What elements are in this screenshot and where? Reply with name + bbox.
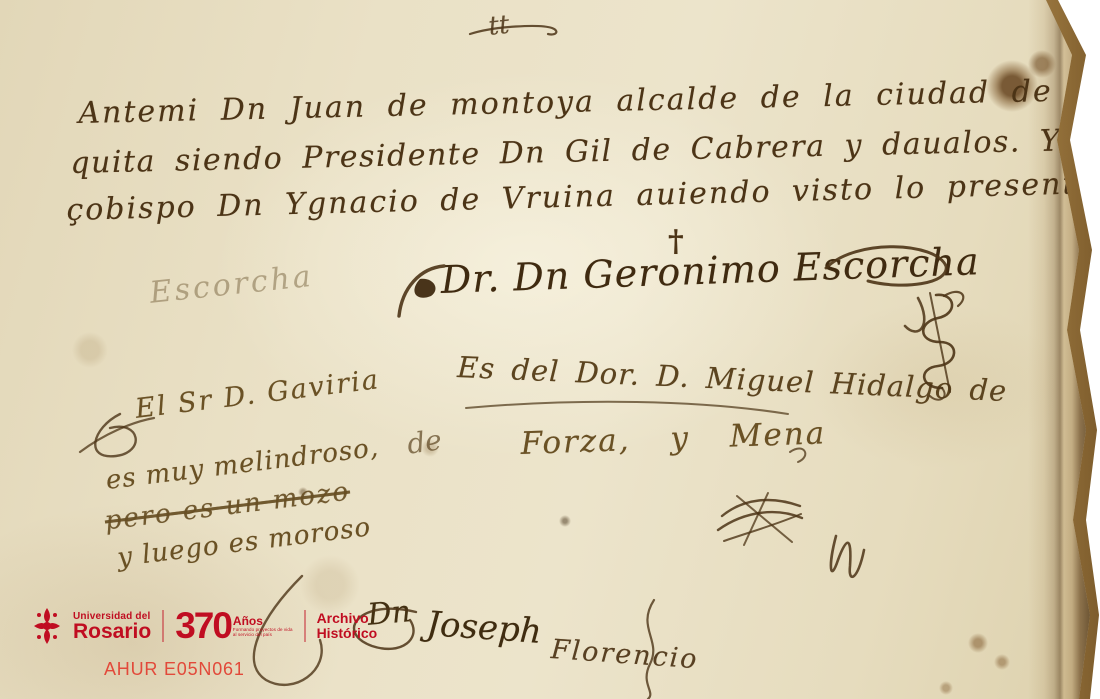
anniversary-text: Años Formando proyectos de vida al servi… — [233, 615, 293, 637]
ownership-note-flourish: de — [405, 423, 444, 460]
margin-note-line-1: El Sr D. Gaviria — [134, 364, 382, 425]
brand-divider — [304, 610, 306, 642]
archive-name-top: Archivo — [317, 611, 378, 626]
archive-brand-bar: Universidad del Rosario 370 Años Formand… — [32, 606, 377, 646]
rosario-crest-icon — [32, 606, 62, 646]
margin-note: El Sr D. Gaviria es muy melindroso, pero… — [85, 355, 407, 590]
anniversary-unit: Años — [233, 615, 293, 627]
archive-wordmark: Archivo Histórico — [317, 611, 378, 642]
anniversary-number: 370 — [175, 609, 231, 642]
body-line-1: Antemi Dn Juan de montoya alcalde de la … — [78, 72, 1100, 131]
university-name-bottom: Rosario — [73, 622, 151, 642]
reference-code: AHUR E05N061 — [104, 659, 245, 680]
ownership-note-line-1: Es del Dor. D. Miguel Hidalgo de — [457, 350, 1008, 408]
university-wordmark: Universidad del Rosario — [73, 611, 151, 642]
folio-mark: tt — [487, 10, 511, 42]
manuscript-page: tt Antemi Dn Juan de montoya alcalde de … — [0, 0, 1100, 699]
ownership-note-line-2: Forza, y Mena — [520, 415, 827, 462]
bottom-signature-name: Joseph — [425, 604, 543, 652]
manuscript-scan: tt Antemi Dn Juan de montoya alcalde de … — [0, 0, 1100, 699]
principal-signature: Dr. Dn Geronimo Escorcha — [440, 239, 980, 302]
bottom-signature-surname: Florencio — [550, 634, 700, 675]
pen-trial: Escorcha — [148, 259, 315, 311]
brand-divider — [162, 610, 164, 642]
anniversary-tagline-2: al servicio del país — [233, 632, 293, 637]
archive-name-bottom: Histórico — [317, 626, 378, 641]
anniversary-logo: 370 Años Formando proyectos de vida al s… — [175, 609, 292, 642]
